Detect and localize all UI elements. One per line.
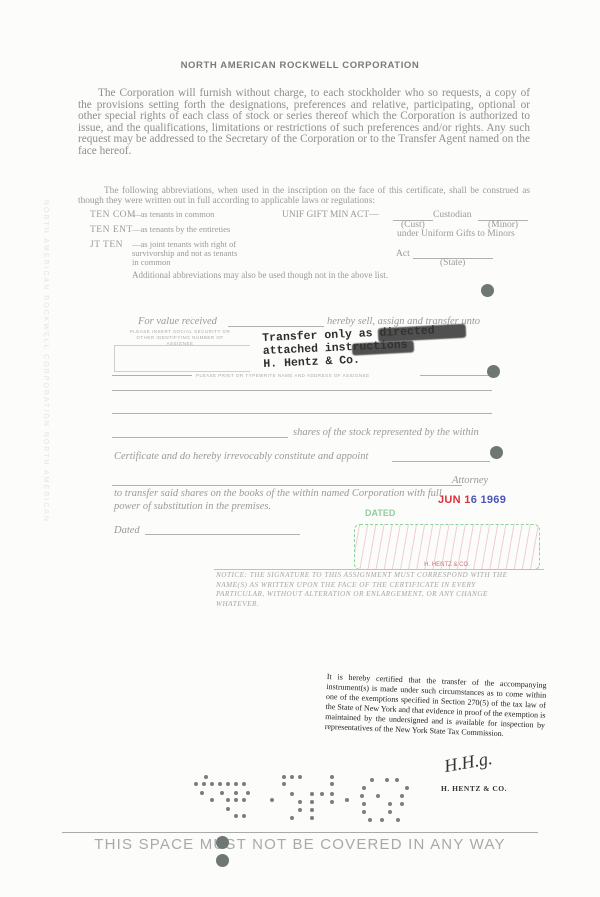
perforation-dot — [204, 775, 208, 779]
perforation-dot — [298, 808, 302, 812]
intro-paragraph: The Corporation will furnish without cha… — [78, 88, 530, 158]
perforation-dot — [246, 791, 250, 795]
perforation-dot — [298, 775, 302, 779]
address-line-2[interactable] — [112, 413, 492, 414]
footer-rule — [62, 832, 538, 833]
perforation-dot — [242, 782, 246, 786]
perforation-dot — [290, 816, 294, 820]
custodian-label: Custodian — [433, 210, 472, 220]
perforation-dot — [385, 778, 389, 782]
date-stamp-month: JUN 1 — [438, 494, 471, 506]
signature-line[interactable] — [214, 569, 544, 570]
signatory-firm: H. HENTZ & CO. — [441, 784, 507, 793]
perforation-dot — [405, 786, 409, 790]
state-label: (State) — [440, 258, 465, 268]
perforation-dot — [210, 782, 214, 786]
perforation-dot — [226, 807, 230, 811]
abbreviation-code: JT TEN — [90, 240, 123, 250]
perforation-dot — [298, 800, 302, 804]
perforation-dot — [345, 798, 349, 802]
print-name-label: PLEASE PRINT OR TYPEWRITE NAME AND ADDRE… — [196, 373, 416, 378]
punch-hole — [216, 854, 229, 867]
shares-text: shares of the stock represented by the w… — [293, 427, 479, 438]
perforation-dot — [362, 786, 366, 790]
abbreviations-intro: The following abbreviations, when used i… — [78, 186, 530, 206]
perforation-dot — [388, 810, 392, 814]
dated-line[interactable] — [145, 534, 300, 535]
ssn-input-box[interactable] — [114, 345, 250, 372]
additional-abbreviations-note: Additional abbreviations may also be use… — [132, 270, 388, 280]
perforation-dot — [330, 792, 334, 796]
perforation-dot — [234, 782, 238, 786]
perforation-dot — [310, 816, 314, 820]
perforation-dot — [396, 818, 400, 822]
for-value-received: For value received — [138, 316, 217, 327]
perforation-dot — [330, 782, 334, 786]
footer-warning: THIS SPACE MUST NOT BE COVERED IN ANY WA… — [0, 836, 600, 853]
assignee-line-right[interactable] — [420, 375, 494, 376]
perforation-dot — [226, 782, 230, 786]
shares-count-line[interactable] — [112, 437, 288, 438]
perforation-dot — [370, 778, 374, 782]
perforation-dot — [330, 775, 334, 779]
power-text: power of substitution in the premises. — [114, 501, 271, 512]
perforation-dot — [362, 802, 366, 806]
perforation-dot — [270, 798, 274, 802]
perforation-dot — [220, 791, 224, 795]
attorney-name-line[interactable] — [392, 461, 490, 462]
perforation-dot — [320, 792, 324, 796]
assignee-line[interactable] — [112, 375, 192, 376]
date-stamp: JUN 16 1969 — [438, 494, 506, 506]
perforation-dot — [362, 810, 366, 814]
signature-guarantee-stamp: H. HENTZ & CO. — [354, 524, 540, 570]
punch-hole — [487, 365, 500, 378]
perforation-dot — [242, 798, 246, 802]
tax-certification: It is hereby certified that the transfer… — [325, 672, 547, 741]
dated-stamp-label: DATED — [365, 508, 395, 518]
perforation-dot — [388, 802, 392, 806]
perforation-dot — [368, 818, 372, 822]
perforation-dot — [380, 818, 384, 822]
bleed-through-text: NORTH AMERICAN ROCKWELL CORPORATION NORT… — [42, 200, 49, 720]
perforation-dot — [194, 782, 198, 786]
corporation-title: NORTH AMERICAN ROCKWELL CORPORATION — [0, 60, 600, 71]
abbreviation-meaning: —as joint tenants with right of survivor… — [132, 240, 240, 267]
abbreviation-meaning: —as tenants by the entireties — [132, 225, 252, 234]
perforation-dot — [242, 814, 246, 818]
signature-notice: NOTICE: THE SIGNATURE TO THIS ASSIGNMENT… — [216, 571, 526, 609]
perforation-dot — [400, 794, 404, 798]
perforation-dot — [202, 782, 206, 786]
abbreviation-code: TEN ENT — [90, 225, 133, 235]
abbreviation-code: TEN COM — [90, 210, 136, 220]
punch-hole — [216, 836, 229, 849]
certificate-text: Certificate and do hereby irrevocably co… — [114, 451, 368, 462]
perforation-dot — [234, 814, 238, 818]
perforation-dot — [310, 792, 314, 796]
perforation-dot — [400, 802, 404, 806]
uniform-gifts-label: under Uniform Gifts to Minors — [397, 229, 515, 239]
punch-hole — [481, 284, 494, 297]
stamp-firm-name: H. HENTZ & CO. — [355, 562, 539, 568]
date-stamp-year: 6 1969 — [471, 494, 506, 506]
unif-gift-label: UNIF GIFT MIN ACT— — [282, 210, 379, 220]
perforation-dot — [376, 794, 380, 798]
perforation-dot — [282, 782, 286, 786]
dated-label: Dated — [114, 525, 140, 536]
perforation-dot — [218, 782, 222, 786]
perforation-dot — [310, 800, 314, 804]
perforation-dot — [234, 798, 238, 802]
punch-hole — [490, 446, 503, 459]
perforation-dot — [330, 800, 334, 804]
perforation-dot — [310, 808, 314, 812]
perforation-dot — [282, 775, 286, 779]
attorney-label: Attorney — [452, 475, 488, 486]
perforation-dot — [290, 792, 294, 796]
perforation-dot — [226, 798, 230, 802]
signature: H.H.g. — [443, 748, 494, 777]
act-label: Act — [396, 249, 410, 259]
perforation-dot — [234, 791, 238, 795]
transfer-text: to transfer said shares on the books of … — [114, 488, 442, 499]
attorney-line[interactable] — [112, 485, 462, 486]
perforation-dot — [210, 798, 214, 802]
address-line-1[interactable] — [112, 390, 492, 391]
abbreviation-meaning: —as tenants in common — [132, 210, 252, 219]
perforation-cancellation — [190, 770, 420, 830]
perforation-dot — [200, 791, 204, 795]
perforation-dot — [290, 775, 294, 779]
perforation-dot — [395, 778, 399, 782]
assignor-line[interactable] — [228, 326, 324, 327]
perforation-dot — [360, 794, 364, 798]
